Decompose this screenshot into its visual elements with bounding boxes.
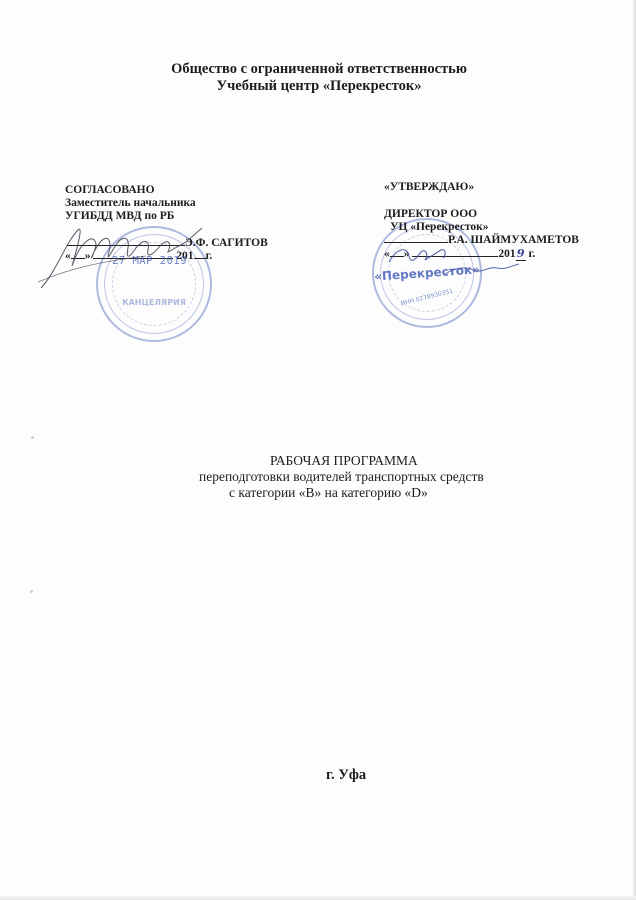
city-label: г. Уфа	[326, 767, 366, 784]
org-name-line-1: Общество с ограниченной ответственностью	[0, 61, 636, 78]
agreed-position-1: Заместитель начальника	[65, 197, 268, 210]
signature-blank	[384, 242, 448, 243]
seal-label: «Перекресток»	[374, 262, 481, 283]
seal-inn: ИНН 0278930351	[375, 281, 480, 313]
day-blank	[71, 258, 85, 259]
quote-open: «	[384, 248, 390, 260]
agreed-block: СОГЛАСОВАНО Заместитель начальника УГИБД…	[65, 184, 268, 263]
approved-signatory: Р.А. ШАЙМУХАМЕТОВ	[448, 234, 579, 246]
month-blank	[412, 256, 498, 257]
year-prefix: 201	[498, 248, 515, 260]
agreed-signature-line: Э.Ф. САГИТОВ	[65, 237, 268, 250]
page-edge	[0, 896, 636, 900]
year-suffix: г.	[529, 248, 536, 260]
year-blank	[194, 258, 206, 259]
approved-heading: «УТВЕРЖДАЮ»	[384, 181, 579, 194]
approved-position-2: УЦ «Перекресток»	[384, 221, 579, 234]
program-title: РАБОЧАЯ ПРОГРАММА	[270, 453, 418, 469]
quote-open: «	[65, 250, 71, 262]
day-blank	[390, 256, 404, 257]
program-subtitle-1: переподготовки водителей транспортных ср…	[199, 469, 484, 485]
organization-header: Общество с ограниченной ответственностью…	[0, 61, 636, 95]
approved-date-line: «» 2019 г.	[384, 247, 579, 261]
year-suffix: г.	[206, 250, 213, 262]
approved-position-1: ДИРЕКТОР ООО	[384, 208, 579, 221]
program-subtitle-2: с категории «B» на категорию «D»	[229, 485, 428, 501]
seal-label: КАНЦЕЛЯРИЯ	[98, 298, 210, 307]
org-name-line-2: Учебный центр «Перекресток»	[0, 78, 636, 95]
signature-blank	[67, 245, 185, 246]
agreed-signatory: Э.Ф. САГИТОВ	[185, 237, 268, 249]
quote-close: »	[404, 248, 410, 260]
scan-speck	[30, 590, 33, 593]
received-date-stamp: 27 MAP 2019	[112, 255, 187, 267]
approved-signature-line: Р.А. ШАЙМУХАМЕТОВ	[384, 234, 579, 247]
scan-speck	[31, 436, 34, 439]
agreed-position-2: УГИБДД МВД по РБ	[65, 210, 268, 223]
year-handwritten: 9	[516, 247, 526, 261]
quote-close: »	[85, 250, 91, 262]
approved-block: «УТВЕРЖДАЮ» ДИРЕКТОР ООО УЦ «Перекресток…	[384, 181, 579, 261]
agreed-heading: СОГЛАСОВАНО	[65, 184, 268, 197]
